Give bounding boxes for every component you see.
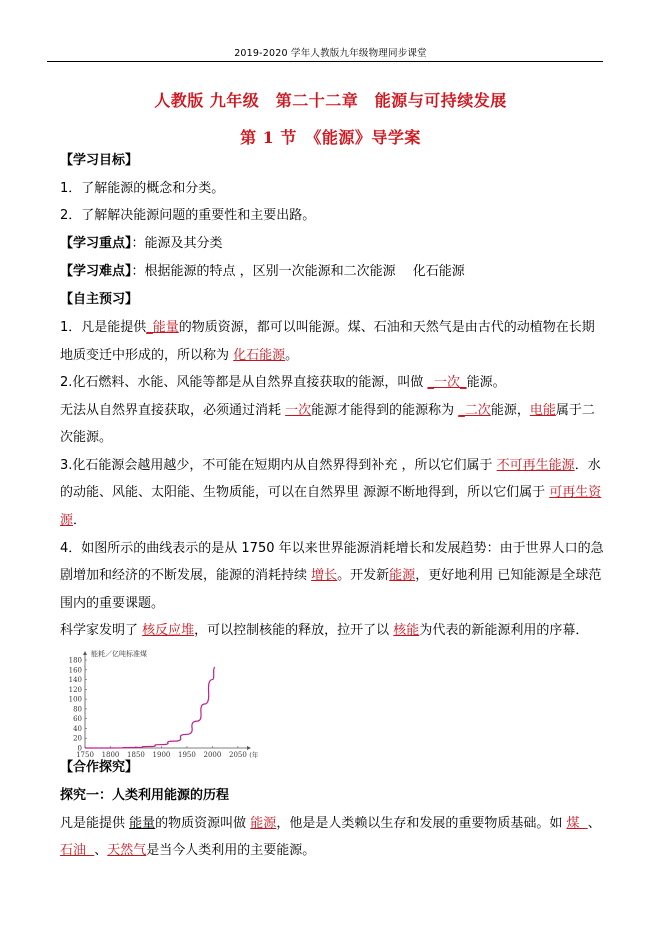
- preview-q3-line2: 的动能、风能、太阳能、生物质能，可以在自然界里 源源不断地得到，所以它们属于 可…: [60, 485, 601, 501]
- text: ．水: [575, 458, 601, 473]
- svg-text:2000: 2000: [204, 751, 222, 759]
- svg-text:20: 20: [73, 735, 82, 743]
- svg-text:能耗／亿吨标准煤: 能耗／亿吨标准煤: [91, 649, 147, 658]
- text: 。: [285, 348, 298, 363]
- answer-blank: _一次_: [428, 375, 467, 390]
- preview-q4-line2: 剧增加和经济的不断发展，能源的消耗持续 增长。开发新能源，更好地利用 已知能源是…: [60, 568, 601, 584]
- energy-consumption-chart: 0204060801001201401601801750180018501900…: [58, 645, 258, 765]
- text: 属于二: [556, 403, 595, 418]
- svg-text:1900: 1900: [153, 751, 171, 759]
- text: 是当今人类利用的主要能源。: [146, 843, 315, 858]
- svg-text:160: 160: [69, 666, 82, 674]
- answer-blank: 不可再生能源: [497, 458, 575, 473]
- answer-blank: 能源: [389, 568, 415, 583]
- goals-heading: 【学习目标】: [60, 153, 138, 169]
- text: ，更好地利用 已知能源是全球范: [415, 568, 601, 583]
- line-chart: 0204060801001201401601801750180018501900…: [58, 645, 258, 765]
- preview-q3-line1: 3.化石能源会越用越少，不可能在短期内从自然界得到补充 ，所以它们属于 不可再生…: [60, 458, 601, 474]
- answer-blank: 化石能源: [233, 348, 285, 363]
- text: 3.化石能源会越用越少，不可能在短期内从自然界得到补充 ，所以它们属于: [60, 458, 497, 473]
- running-header: 2019-2020 学年人教版九年级物理同步课堂: [0, 45, 661, 59]
- text: 地质变迁中形成的，所以称为: [60, 348, 233, 363]
- answer-blank: 源: [60, 513, 73, 528]
- svg-text:180: 180: [69, 657, 82, 665]
- text: 2.化石燃料、水能、风能等都是从自然界直接获取的能源，叫做: [60, 375, 428, 390]
- answer-blank: 能源: [250, 816, 276, 831]
- explore-heading: 【合作探究】: [60, 760, 138, 776]
- key-points-heading: 【学习重点】: [60, 236, 132, 251]
- svg-text:1850: 1850: [127, 751, 145, 759]
- energy-curve: [85, 667, 215, 748]
- svg-text:1750: 1750: [76, 751, 94, 759]
- answer-blank: 增长: [311, 568, 337, 583]
- preview-q1-line1: 1．凡是能提供_能量的物质资源，都可以叫能源。煤、石油和天然气是由古代的动植物在…: [60, 320, 595, 336]
- text: 无法从自然界直接获取，必须通过消耗: [60, 403, 285, 418]
- preview-q5-line1: 科学家发明了 核反应堆，可以控制核能的释放，拉开了以 核能为代表的新能源利用的序…: [60, 623, 588, 639]
- text: 能源才能得到的能源称为: [311, 403, 458, 418]
- text: 能源，: [491, 403, 530, 418]
- svg-text:(年): (年): [249, 750, 258, 759]
- answer-blank: 石油: [60, 843, 94, 858]
- svg-text:140: 140: [69, 676, 82, 684]
- answer-blank: 一次: [285, 403, 311, 418]
- answer-blank: _二次: [458, 403, 491, 418]
- text: 的物质资源，都可以叫能源。煤、石油和天然气是由古代的动植物在长期: [179, 320, 595, 335]
- answer-blank: 天然气: [107, 843, 146, 858]
- sub-title: 第 1 节 《能源》导学案: [0, 125, 661, 148]
- preview-q1-line2: 地质变迁中形成的，所以称为 化石能源。: [60, 348, 298, 364]
- explore-line2: 石油 、天然气是当今人类利用的主要能源。: [60, 843, 315, 859]
- y-arrow-icon: [83, 651, 87, 655]
- text: 、: [588, 816, 601, 831]
- text: 凡是能提供: [60, 816, 129, 831]
- goal-item-2: 2．了解解决能源问题的重要性和主要出路。: [60, 208, 315, 224]
- answer-blank: 煤: [566, 816, 587, 831]
- difficulties-text: ：根据能源的特点 ，区别一次能源和二次能源 化石能源: [132, 264, 465, 279]
- preview-q2-line3: 次能源。: [60, 430, 112, 446]
- difficulties-heading: 【学习难点】: [60, 264, 132, 279]
- main-title: 人教版 九年级 第二十二章 能源与可持续发展: [0, 88, 661, 111]
- text: ．: [73, 513, 86, 528]
- svg-text:2050: 2050: [229, 751, 247, 759]
- preview-q3-line3: 源．: [60, 513, 86, 529]
- answer-blank: _能量: [146, 320, 179, 335]
- x-arrow-icon: [247, 746, 251, 750]
- svg-text:1800: 1800: [102, 751, 120, 759]
- svg-text:1950: 1950: [178, 751, 196, 759]
- answer-blank: 能量: [129, 816, 155, 831]
- text: ，可以控制核能的释放，拉开了以: [194, 623, 393, 638]
- difficulties: 【学习难点】：根据能源的特点 ，区别一次能源和二次能源 化石能源: [60, 264, 465, 280]
- svg-text:120: 120: [69, 686, 82, 694]
- answer-blank: 电能: [530, 403, 556, 418]
- svg-text:40: 40: [73, 725, 82, 733]
- preview-heading: 【自主预习】: [60, 292, 138, 308]
- text: 能源。: [467, 375, 506, 390]
- key-points-text: ：能源及其分类: [132, 236, 223, 251]
- text: 为代表的新能源利用的序幕．: [419, 623, 588, 638]
- preview-q2-line2: 无法从自然界直接获取，必须通过消耗 一次能源才能得到的能源称为 _二次能源，电能…: [60, 403, 595, 419]
- preview-q2-line1: 2.化石燃料、水能、风能等都是从自然界直接获取的能源，叫做 _一次_能源。: [60, 375, 506, 391]
- text: 的动能、风能、太阳能、生物质能，可以在自然界里 源源不断地得到，所以它们属于: [60, 485, 549, 500]
- text: 。开发新: [337, 568, 389, 583]
- text: 科学家发明了: [60, 623, 142, 638]
- header-rule: [47, 61, 603, 62]
- text: 、: [94, 843, 107, 858]
- answer-blank: 核反应堆: [142, 623, 194, 638]
- text: 剧增加和经济的不断发展，能源的消耗持续: [60, 568, 311, 583]
- goal-item-1: 1．了解能源的概念和分类。: [60, 181, 224, 197]
- answer-blank: 核能: [393, 623, 419, 638]
- text: 的物质资源叫做: [155, 816, 250, 831]
- answer-blank: 可再生资: [549, 485, 601, 500]
- svg-text:100: 100: [69, 696, 82, 704]
- preview-q4-line3: 围内的重要课题。: [60, 596, 164, 612]
- text: 1．凡是能提供: [60, 320, 146, 335]
- text: ，他是是人类赖以生存和发展的重要物质基础。如: [276, 816, 566, 831]
- preview-q4-line1: 4．如图所示的曲线表示的是从 1750 年以来世界能源消耗增长和发展趋势：由于世…: [60, 541, 604, 557]
- key-points: 【学习重点】：能源及其分类: [60, 236, 223, 252]
- svg-text:80: 80: [73, 705, 82, 713]
- svg-text:60: 60: [73, 715, 82, 723]
- explore-line1: 凡是能提供 能量的物质资源叫做 能源，他是是人类赖以生存和发展的重要物质基础。如…: [60, 816, 601, 832]
- explore-subheading: 探究一：人类利用能源的历程: [60, 788, 229, 804]
